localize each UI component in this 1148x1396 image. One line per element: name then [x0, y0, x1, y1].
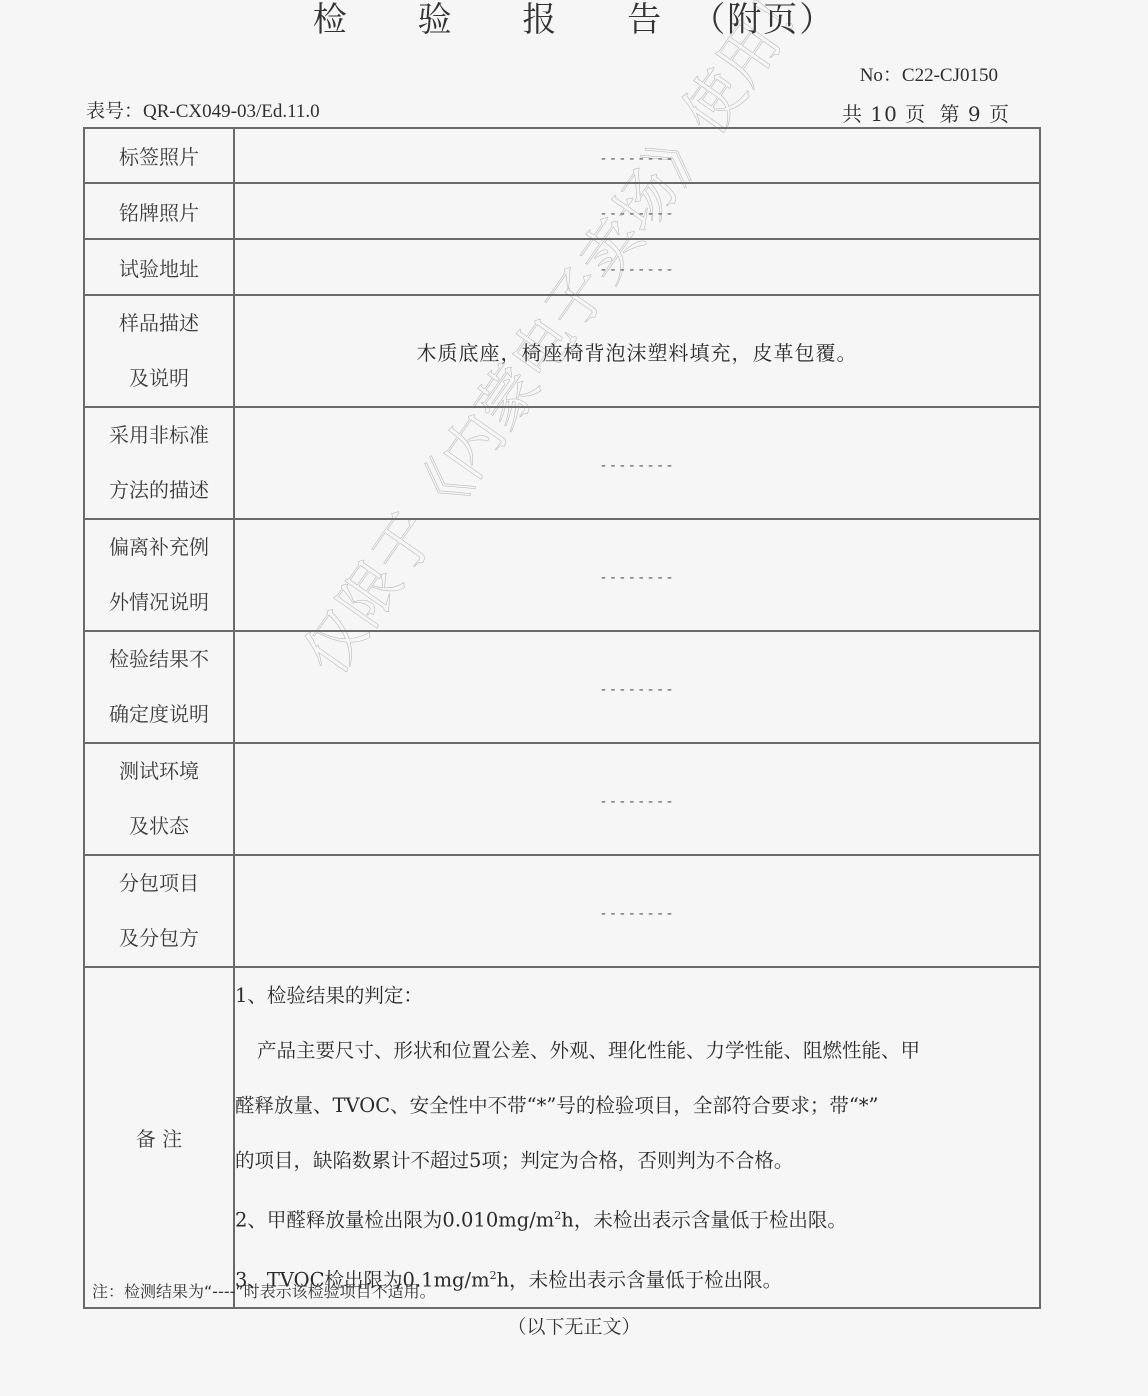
row-label: 铭牌照片 [84, 183, 234, 239]
table-row: 采用非标准方法的描述 -------- [84, 407, 1040, 519]
row-label: 偏离补充例外情况说明 [84, 519, 234, 631]
report-table: 标签照片 -------- 铭牌照片 -------- 试验地址 -------… [83, 127, 1041, 1309]
table-row: 样品描述及说明 木质底座，椅座椅背泡沫塑料填充，皮革包覆。 [84, 295, 1040, 407]
row-label: 测试环境及状态 [84, 743, 234, 855]
row-value: -------- [234, 631, 1040, 743]
table-row: 检验结果不确定度说明 -------- [84, 631, 1040, 743]
row-value: -------- [234, 407, 1040, 519]
form-number: 表号：QR-CX049-03/Ed.11.0 [86, 96, 320, 123]
remarks-item-1-line-2: 醛释放量、TVOC、安全性中不带“*”号的检验项目，全部符合要求；带“*” [235, 1078, 1039, 1133]
title-suffix: （附页） [691, 0, 835, 40]
row-label: 采用非标准方法的描述 [84, 407, 234, 519]
footnote: 注：检测结果为“----”时表示该检验项目不适用。 [92, 1279, 436, 1302]
table-row: 测试环境及状态 -------- [84, 743, 1040, 855]
table-row: 分包项目及分包方 -------- [84, 855, 1040, 967]
remarks-label: 备 注 [84, 967, 234, 1308]
row-value: -------- [234, 239, 1040, 295]
page-total: 共 10 页 [842, 102, 926, 126]
page-count: 共 10 页 第 9 页 [836, 98, 1010, 127]
table-row: 标签照片 -------- [84, 128, 1040, 183]
row-label: 样品描述及说明 [84, 295, 234, 407]
remarks-item-1-line-3: 的项目，缺陷数累计不超过5项；判定为合格，否则判为不合格。 [235, 1133, 1039, 1188]
row-value: -------- [234, 743, 1040, 855]
remarks-item-1-title: 1、检验结果的判定： [235, 968, 1039, 1023]
remarks-item-2: 2、甲醛释放量检出限为0.010mg/m2h，未检出表示含量低于检出限。 [235, 1188, 1039, 1248]
table-row: 偏离补充例外情况说明 -------- [84, 519, 1040, 631]
end-of-text-mark: （以下无正文） [0, 1312, 1148, 1339]
row-label: 标签照片 [84, 128, 234, 183]
page-title: 检 验 报 告（附页） [0, 0, 1148, 41]
table-row: 铭牌照片 -------- [84, 183, 1040, 239]
page-current: 第 9 页 [940, 102, 1010, 126]
row-value: -------- [234, 183, 1040, 239]
row-value: -------- [234, 128, 1040, 183]
row-value: -------- [234, 519, 1040, 631]
row-value: -------- [234, 855, 1040, 967]
remarks-content: 1、检验结果的判定： 产品主要尺寸、形状和位置公差、外观、理化性能、力学性能、阻… [234, 967, 1040, 1308]
remarks-item-1-line-1: 产品主要尺寸、形状和位置公差、外观、理化性能、力学性能、阻燃性能、甲 [235, 1023, 1039, 1078]
report-number: No：C22-CJ0150 [860, 60, 998, 87]
title-main: 检 验 报 告 [313, 0, 691, 40]
row-label: 分包项目及分包方 [84, 855, 234, 967]
table-row: 试验地址 -------- [84, 239, 1040, 295]
row-label: 检验结果不确定度说明 [84, 631, 234, 743]
row-label: 试验地址 [84, 239, 234, 295]
report-page: 检 验 报 告（附页） No：C22-CJ0150 表号：QR-CX049-03… [0, 0, 1148, 1396]
row-value: 木质底座，椅座椅背泡沫塑料填充，皮革包覆。 [234, 295, 1040, 407]
remarks-row: 备 注 1、检验结果的判定： 产品主要尺寸、形状和位置公差、外观、理化性能、力学… [84, 967, 1040, 1308]
